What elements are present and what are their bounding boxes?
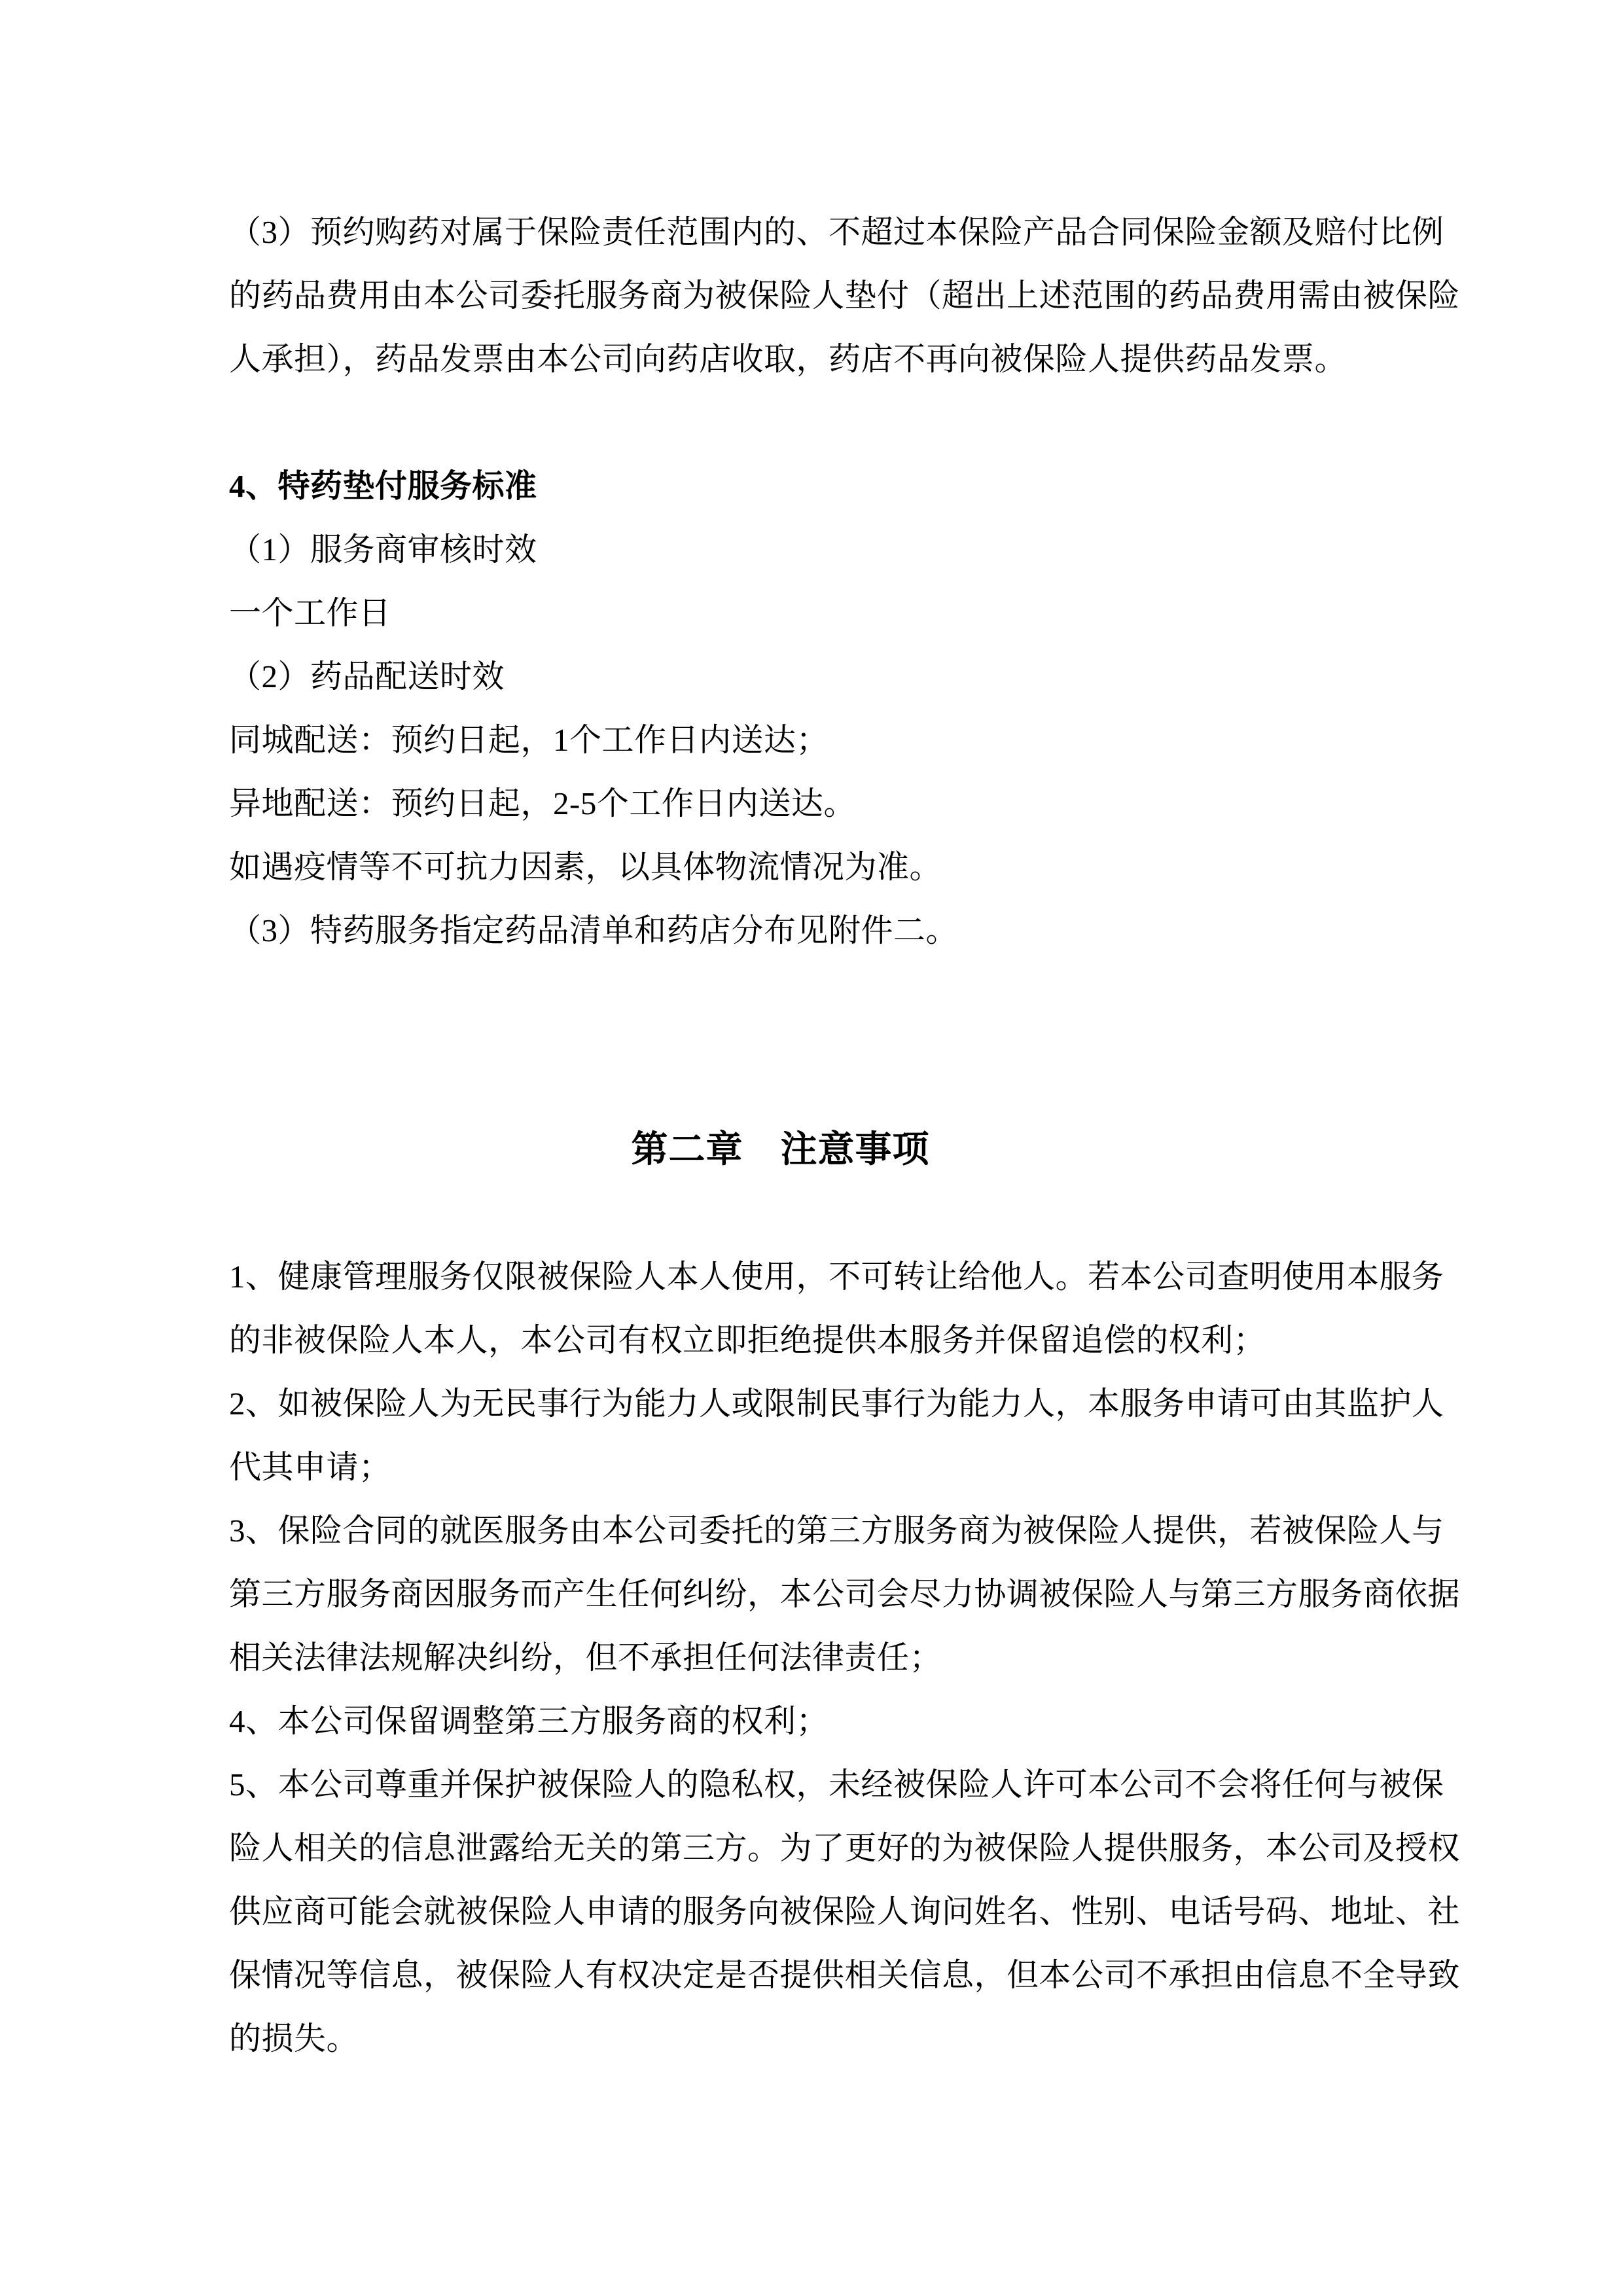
paragraph-line: 异地配送：预约日起，2-5个工作日内送达。 (229, 772, 1397, 835)
page-content: （3）预约购药对属于保险责任范围内的、不超过本保险产品合同保险金额及赔付比例 的… (0, 0, 1623, 2070)
paragraph-line: 险人相关的信息泄露给无关的第三方。为了更好的为被保险人提供服务，本公司及授权 (229, 1816, 1397, 1880)
paragraph-line: 同城配送：预约日起，1个工作日内送达； (229, 708, 1397, 772)
paragraph-line: （3）预约购药对属于保险责任范围内的、不超过本保险产品合同保险金额及赔付比例 (229, 200, 1397, 264)
paragraph-line: 3、保险合同的就医服务由本公司委托的第三方服务商为被保险人提供，若被保险人与 (229, 1499, 1397, 1562)
paragraph-line: 5、本公司尊重并保护被保险人的隐私权，未经被保险人许可本公司不会将任何与被保 (229, 1753, 1397, 1816)
paragraph-line: 保情况等信息，被保险人有权决定是否提供相关信息，但本公司不承担由信息不全导致 (229, 1943, 1397, 2007)
paragraph-line: 1、健康管理服务仅限被保险人本人使用，不可转让给他人。若本公司查明使用本服务 (229, 1245, 1397, 1308)
paragraph-line: 如遇疫情等不可抗力因素，以具体物流情况为准。 (229, 835, 1397, 899)
document-page: （3）预约购药对属于保险责任范围内的、不超过本保险产品合同保险金额及赔付比例 的… (0, 0, 1623, 2296)
paragraph-line: （2）药品配送时效 (229, 645, 1397, 708)
paragraph-line: 相关法律法规解决纠纷，但不承担任何法律责任； (229, 1626, 1397, 1689)
paragraph-line: 人承担），药品发票由本公司向药店收取，药店不再向被保险人提供药品发票。 (229, 327, 1397, 391)
paragraph-line: 的非被保险人本人，本公司有权立即拒绝提供本服务并保留追偿的权利； (229, 1308, 1397, 1372)
paragraph-line: （3）特药服务指定药品清单和药店分布见附件二。 (229, 899, 1397, 962)
paragraph-line: 4、本公司保留调整第三方服务商的权利； (229, 1689, 1397, 1753)
section-notes: 1、健康管理服务仅限被保险人本人使用，不可转让给他人。若本公司查明使用本服务 的… (229, 1245, 1397, 2070)
paragraph-line: 的损失。 (229, 2007, 1397, 2070)
chapter-title-notes: 第二章 注意事项 (229, 1111, 1397, 1189)
paragraph-line: 供应商可能会就被保险人申请的服务向被保险人询问姓名、性别、电话号码、地址、社 (229, 1880, 1397, 1943)
paragraph-line: 一个工作日 (229, 581, 1397, 645)
paragraph-line: 的药品费用由本公司委托服务商为被保险人垫付（超出上述范围的药品费用需由被保险 (229, 264, 1397, 327)
paragraph-line: 第三方服务商因服务而产生任何纠纷，本公司会尽力协调被保险人与第三方服务商依据 (229, 1562, 1397, 1626)
paragraph-line: 代其申请； (229, 1435, 1397, 1499)
section-drug-prepayment: （3）预约购药对属于保险责任范围内的、不超过本保险产品合同保险金额及赔付比例 的… (229, 200, 1397, 962)
paragraph-line: 2、如被保险人为无民事行为能力人或限制民事行为能力人，本服务申请可由其监护人 (229, 1372, 1397, 1435)
subsection-heading-special-drug-standard: 4、特药垫付服务标准 (229, 454, 1397, 518)
paragraph-line: （1）服务商审核时效 (229, 518, 1397, 581)
